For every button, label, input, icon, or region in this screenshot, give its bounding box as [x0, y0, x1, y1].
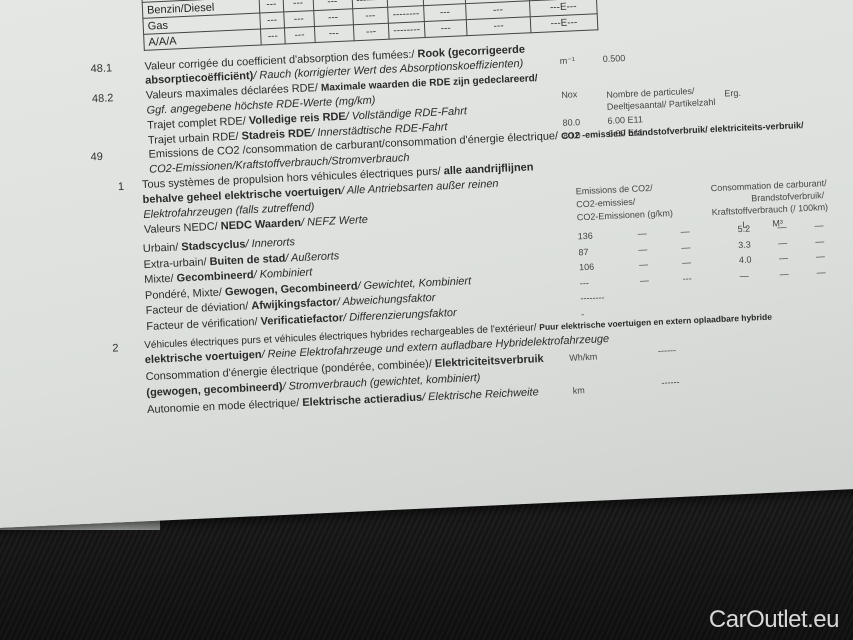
rde-particles-header-2: Deeltjesaantal/ Partikelzahl	[607, 97, 716, 112]
text-de: / Elektrische Reichweite	[422, 386, 539, 403]
nedc-value-c3: —	[681, 242, 690, 252]
nedc-value-f2: —	[779, 253, 788, 263]
subsection-number-1: 1	[118, 181, 125, 193]
nedc-value-c2: —	[637, 228, 646, 238]
electric-range-unit: km	[573, 385, 585, 396]
text-nl: Verificatiefactor	[260, 312, 343, 328]
nedc-value-f3: —	[814, 220, 823, 230]
nedc-value-f3: —	[816, 267, 825, 277]
text-fr: Urbain/	[143, 241, 182, 255]
nedc-value-co2: 136	[578, 231, 593, 242]
nedc-value-c2: —	[640, 275, 649, 285]
emissions-table: CO THC NMHC CH4 NOx NH3 [ppm] Particule …	[141, 0, 599, 51]
nedc-value-co2: ---	[580, 277, 589, 287]
electric-range-value: ------	[661, 377, 679, 388]
text-nl: Gewogen, Gecombineerd	[225, 280, 358, 298]
rde-complete-particles: 6.00 E11	[607, 114, 643, 126]
nedc-value-fuel: —	[739, 270, 748, 280]
nedc-value-f2: —	[778, 237, 787, 247]
text-nl: Gecombineerd	[176, 269, 253, 284]
nedc-value-co2: 87	[578, 246, 588, 256]
nedc-value-c3: ---	[683, 273, 692, 283]
text-de: / NEFZ Werte	[301, 214, 369, 229]
text-fr: Trajet complet RDE/	[147, 115, 249, 132]
text-de: / Außerorts	[285, 250, 339, 264]
text-fr: Pondéré, Mixte/	[145, 286, 226, 302]
nedc-value-f2: —	[777, 222, 786, 232]
nedc-value-co2: 106	[579, 262, 594, 273]
co2-header-2: CO2-emissies/	[576, 197, 635, 210]
table-cell: ---	[284, 27, 314, 44]
section-number-48-1: 48.1	[90, 62, 112, 75]
text-nl: (gewogen, gecombineerd)	[146, 381, 283, 399]
text-nl: Volledige reis RDE	[249, 111, 346, 127]
text-nl: CO2 -emissies/ brandstofverbruik/ elektr…	[561, 120, 804, 141]
table-cell: ---	[284, 11, 314, 28]
nedc-value-c2: —	[639, 259, 648, 269]
nedc-value-fuel: 5.2	[737, 224, 750, 235]
text-nl: elektrische voertuigen	[145, 349, 262, 366]
text-nl: NEDC Waarden	[220, 217, 301, 233]
rde-complete-nox: 80.0	[562, 117, 580, 128]
text-de: / Kombiniert	[253, 266, 312, 281]
text-nl: Puur elektrische voertuigen en extern op…	[539, 312, 772, 333]
caroutlet-watermark-logo: CarOutlet.eu	[709, 606, 839, 634]
text-de: / Differenzierungsfaktor	[343, 306, 457, 323]
fuel-header-2: Brandstofverbruik/	[751, 190, 824, 203]
electric-consumption-value: ------	[658, 345, 676, 356]
text-fr: Mixte/	[144, 273, 177, 286]
nedc-value-fuel: 4.0	[739, 254, 752, 265]
nedc-value-co2: --------	[580, 292, 604, 303]
co2-header-3: CO2-Emissionen (g/km)	[577, 208, 673, 222]
nedc-value-c3: —	[682, 257, 691, 267]
text-fr: Autonomie en mode électrique/	[147, 397, 303, 416]
co2-header-1: Emissions de CO2/	[575, 183, 652, 196]
text-fr: Valeurs NEDC/	[144, 221, 221, 236]
table-cell: ---	[467, 17, 531, 36]
text-nl: Stadscyclus	[181, 238, 246, 253]
nedc-value-f3: —	[816, 251, 825, 261]
text-nl: Stadreis RDE	[241, 127, 311, 142]
table-cell: ---	[423, 4, 466, 22]
table-cell: ---	[424, 20, 467, 38]
nedc-value-c3: —	[680, 226, 689, 236]
table-cell: ---E---	[530, 14, 598, 33]
subsection-number-2: 2	[112, 342, 119, 354]
nedc-value-f2: —	[779, 268, 788, 278]
electric-consumption-unit: Wh/km	[569, 352, 597, 363]
table-cell: ---	[313, 9, 353, 27]
text-nl: alle aandrijflijnen	[443, 161, 533, 177]
table-cell: ---	[353, 23, 389, 41]
table-cell: ---	[261, 28, 286, 45]
coc-document-page: WHTC (EURO VI) (mg/kWh)/ Prüfverfahren: …	[0, 0, 853, 529]
rde-erg-header: Erg.	[724, 88, 741, 99]
smoke-value: 0.500	[602, 53, 625, 64]
table-cell: --------	[389, 22, 425, 40]
table-cell: ---	[352, 7, 388, 25]
text-nl: Elektrische actieradius	[302, 392, 422, 409]
text-nl: absorptiecoëfficiënt)	[145, 70, 254, 87]
text-fr: Facteur de déviation/	[145, 300, 251, 317]
table-cell: ---	[260, 12, 285, 29]
section-number-49: 49	[90, 151, 103, 164]
nedc-value-fuel: 3.3	[738, 239, 751, 250]
text-de: / Innerorts	[245, 236, 295, 250]
rde-nox-header: Nox	[561, 89, 577, 100]
text-de: / Gewichtet, Kombiniert	[357, 275, 471, 292]
text-nl: Afwijkingsfactor	[251, 296, 337, 312]
fuel-header-3: Kraftstoffverbrauch (/ 100km)	[712, 202, 829, 217]
text-fr: Facteur de vérification/	[146, 315, 261, 332]
table-cell: ---	[314, 25, 354, 43]
table-cell: --------	[388, 6, 424, 24]
nedc-value-c2: —	[638, 244, 647, 254]
text-nl: Elektriciteitsverbruik	[435, 353, 544, 370]
section-number-48-2: 48.2	[92, 92, 114, 105]
smoke-unit: m⁻¹	[560, 55, 576, 67]
nedc-value-f3: —	[815, 236, 824, 246]
text-nl: Buiten de stad	[209, 252, 285, 267]
nedc-value-co2: -	[581, 309, 584, 319]
text-de: / Abweichungsfaktor	[337, 292, 436, 308]
text-fr: Extra-urbain/	[143, 256, 210, 271]
text-de: / Vollständige RDE-Fahrt	[345, 105, 467, 122]
